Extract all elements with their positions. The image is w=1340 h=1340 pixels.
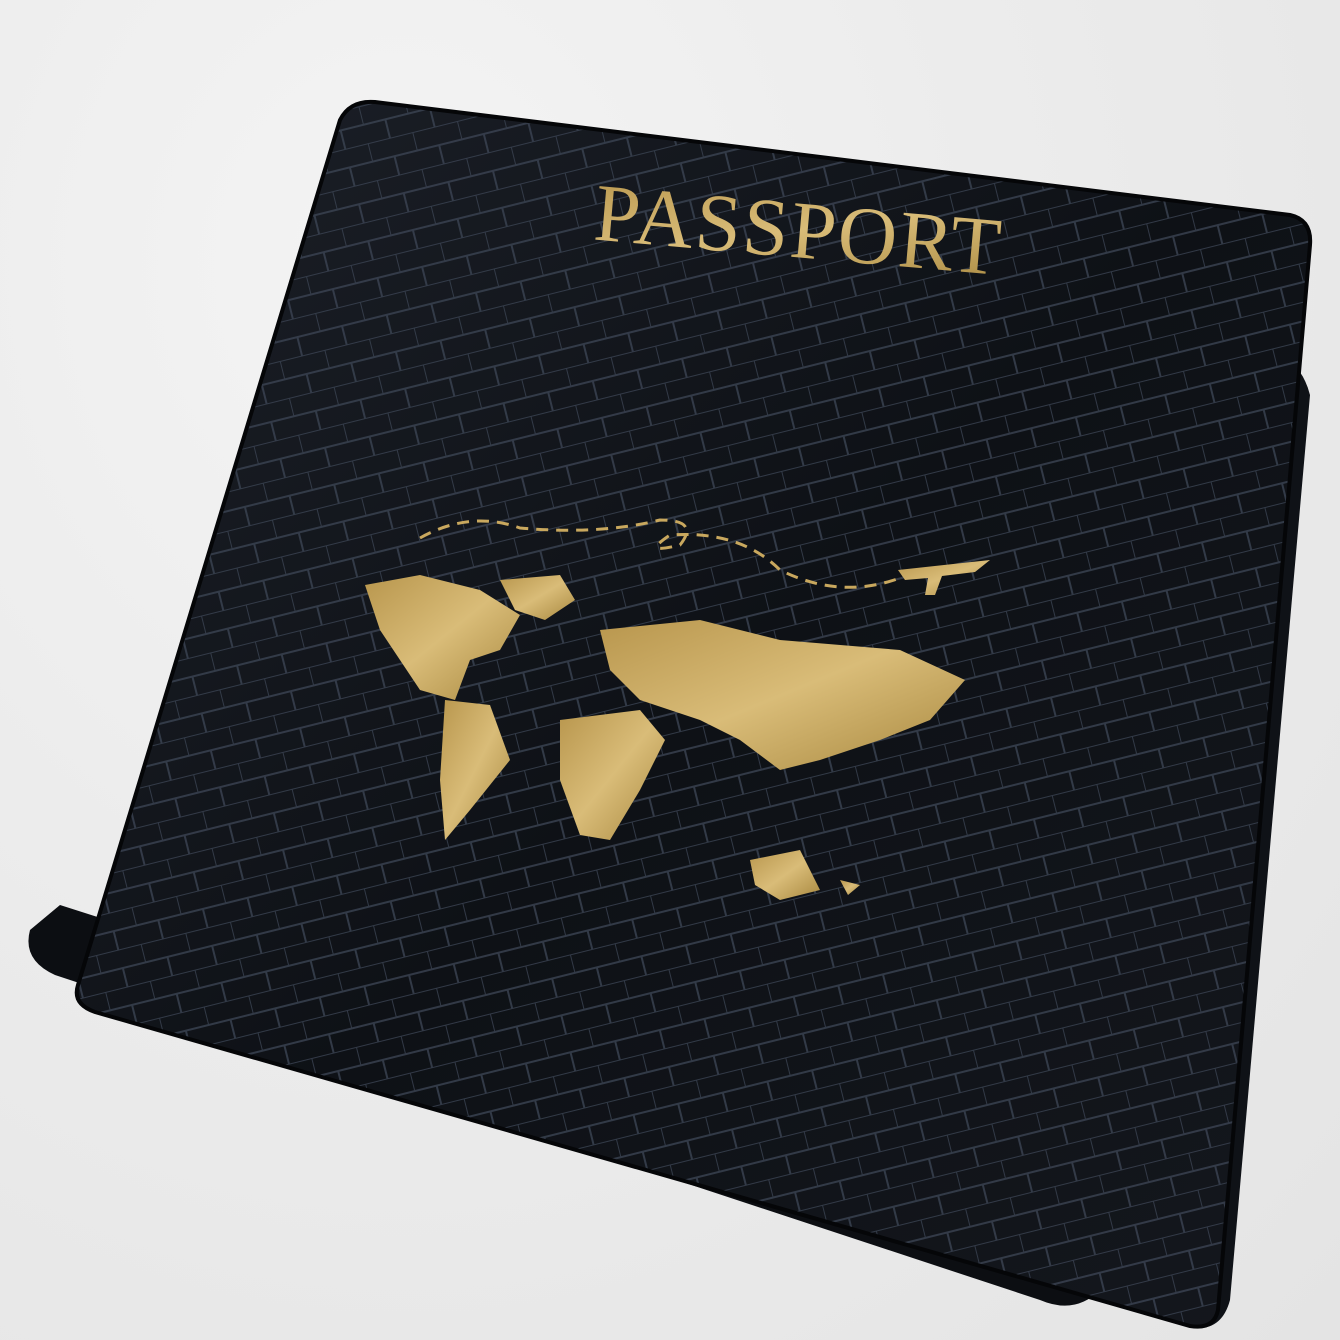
passport-cover-illustration: PASSPORT	[0, 0, 1340, 1340]
product-photo: PASSPORT	[0, 0, 1340, 1340]
